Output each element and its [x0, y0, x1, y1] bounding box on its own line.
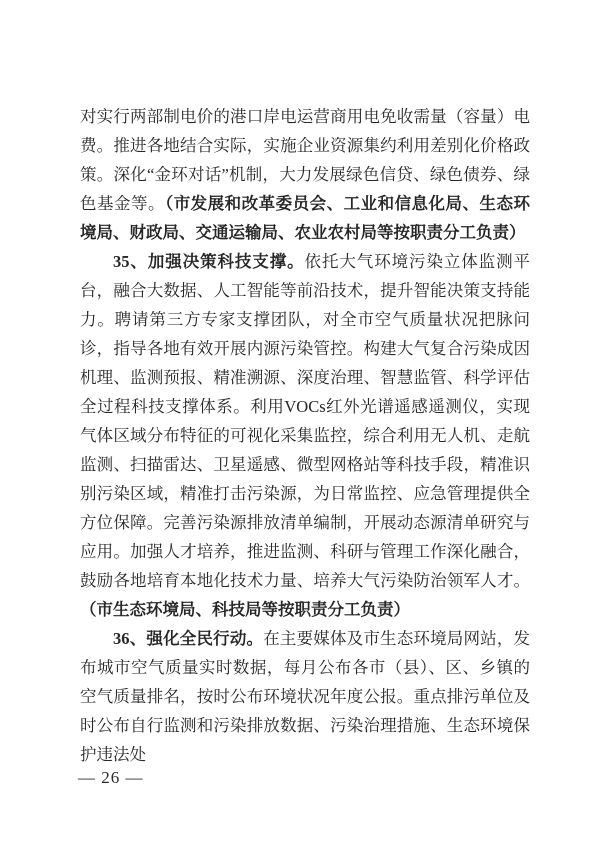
- text-run-normal: 在主要媒体及市生态环境局网站，发布城市空气质量实时数据，每月公布各市（县）、区、…: [80, 629, 530, 764]
- page-number: — 26 —: [78, 766, 144, 790]
- text-run-bold: 36、强化全民行动。: [113, 629, 263, 648]
- paragraph-item-35: 35、加强决策科技支撑。依托大气环境污染立体监测平台，融合大数据、人工智能等前沿…: [80, 247, 530, 624]
- document-page: 对实行两部制电价的港口岸电运营商用电免收需量（容量）电费。推进各地结合实际，实施…: [0, 0, 600, 848]
- text-run-kai: （市生态环境局、科技局等按职责分工负责）: [80, 600, 410, 619]
- document-body: 对实行两部制电价的港口岸电运营商用电免收需量（容量）电费。推进各地结合实际，实施…: [80, 102, 530, 769]
- paragraph-continued: 对实行两部制电价的港口岸电运营商用电免收需量（容量）电费。推进各地结合实际，实施…: [80, 102, 530, 247]
- text-run-normal: 依托大气环境污染立体监测平台，融合大数据、人工智能等前沿技术，提升智能决策支持能…: [80, 252, 530, 590]
- text-run-bold: 35、加强决策科技支撑。: [113, 252, 305, 271]
- paragraph-item-36: 36、强化全民行动。在主要媒体及市生态环境局网站，发布城市空气质量实时数据，每月…: [80, 624, 530, 769]
